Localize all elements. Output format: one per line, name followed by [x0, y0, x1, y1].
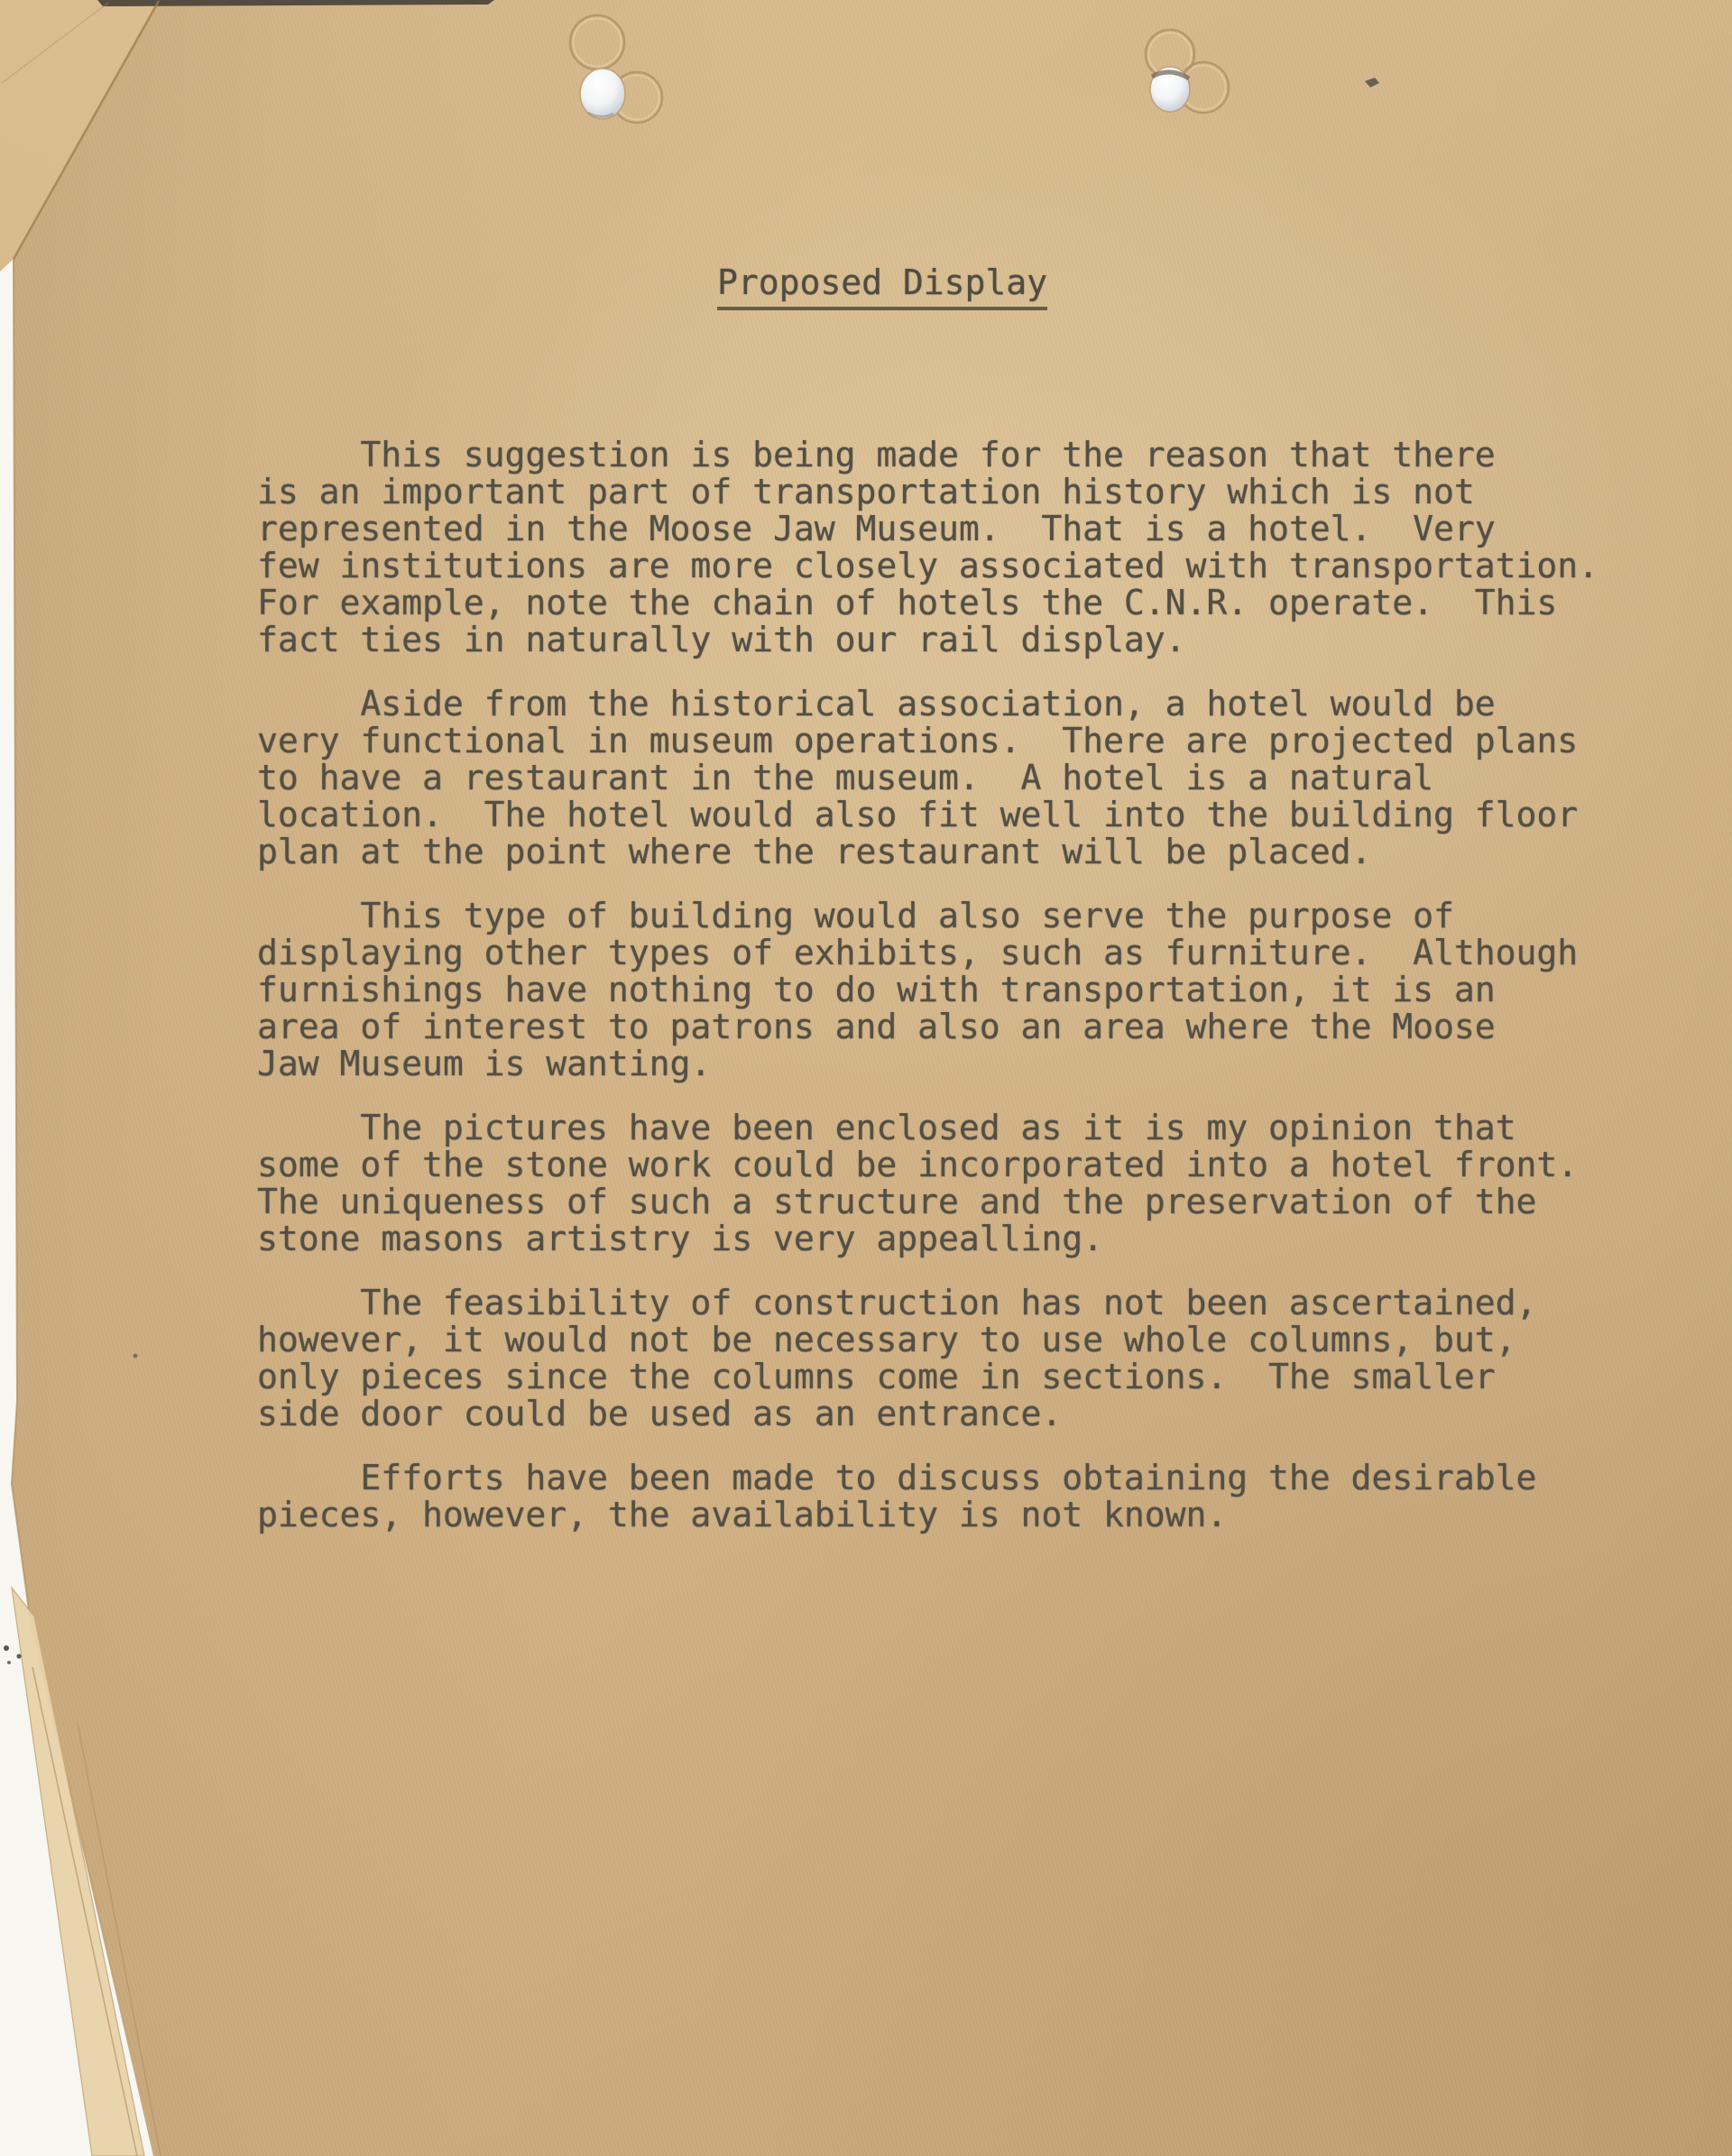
paragraph-1: This suggestion is being made for the re… [257, 437, 1598, 659]
paragraph-5: The feasibility of construction has not … [257, 1285, 1598, 1433]
paragraph-2: Aside from the historical association, a… [257, 686, 1598, 871]
typewritten-text: Proposed Display This suggestion is bein… [0, 0, 1732, 2156]
document-body: This suggestion is being made for the re… [257, 437, 1598, 1561]
scanned-document-page: Proposed Display This suggestion is bein… [0, 0, 1732, 2156]
paragraph-3: This type of building would also serve t… [257, 898, 1598, 1083]
paragraph-6: Efforts have been made to discuss obtain… [257, 1460, 1598, 1534]
paragraph-4: The pictures have been enclosed as it is… [257, 1110, 1598, 1258]
document-title: Proposed Display [717, 263, 1047, 310]
